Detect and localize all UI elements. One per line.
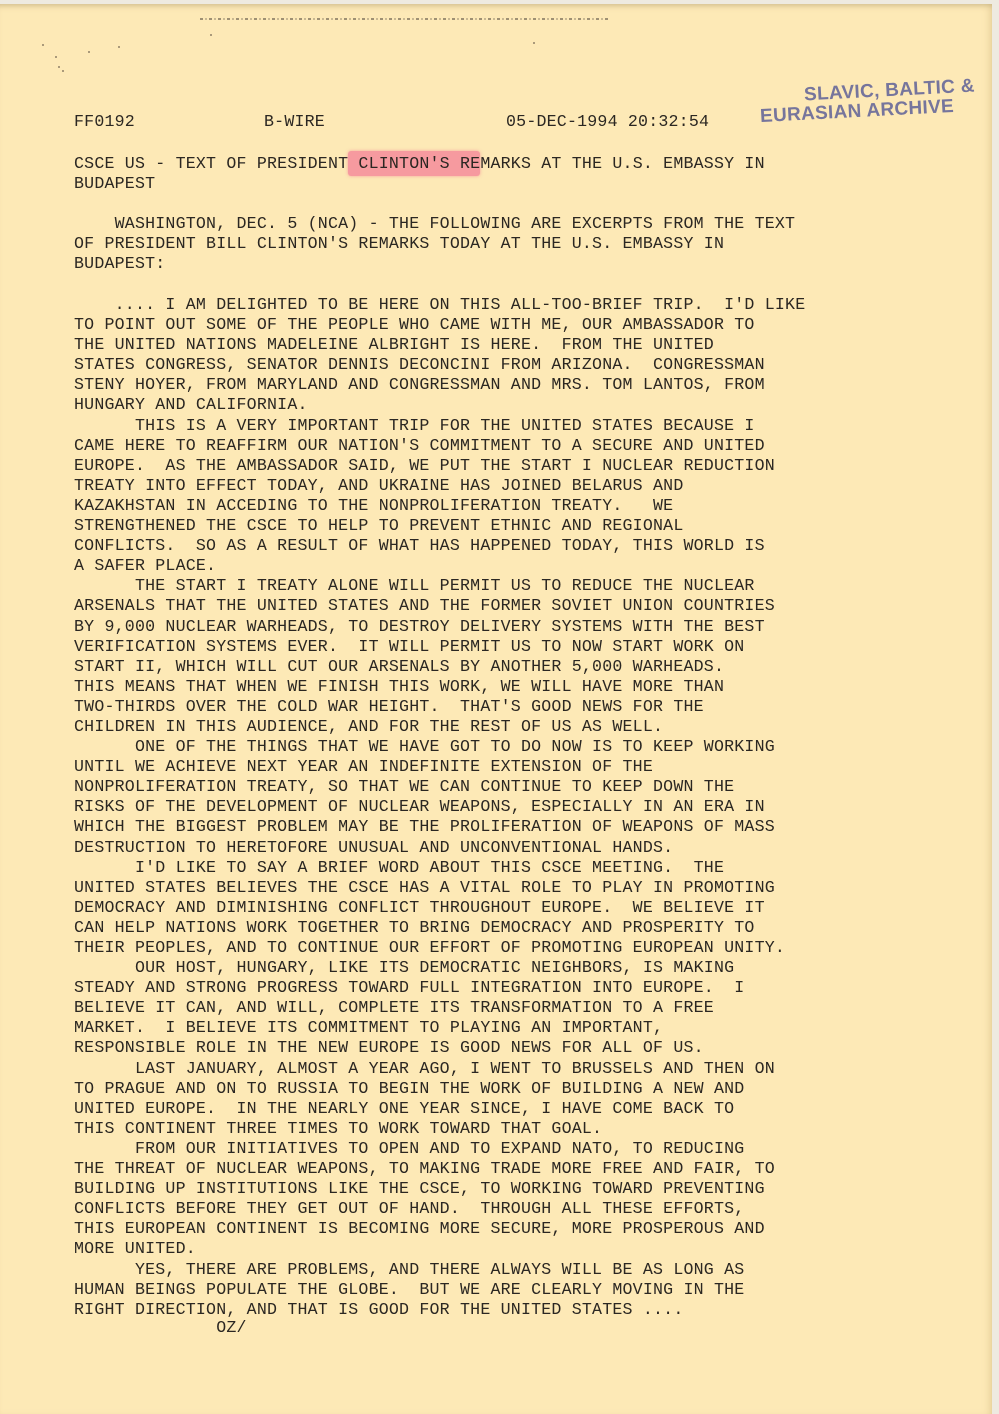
headline: CSCE US - TEXT OF PRESIDENT CLINTON'S RE… bbox=[74, 154, 765, 194]
intro-line: OF PRESIDENT BILL CLINTON'S REMARKS TODA… bbox=[74, 234, 724, 253]
body-line: THIS MEANS THAT WHEN WE FINISH THIS WORK… bbox=[74, 677, 724, 696]
document-id: FF0192 bbox=[74, 112, 135, 132]
body-line: WHICH THE BIGGEST PROBLEM MAY BE THE PRO… bbox=[74, 817, 775, 836]
body-line: STRENGTHENED THE CSCE TO HELP TO PREVENT… bbox=[74, 516, 683, 535]
signoff: OZ/ bbox=[74, 1318, 247, 1338]
body-line: CAN HELP NATIONS WORK TOGETHER TO BRING … bbox=[74, 918, 755, 937]
body-line: MORE UNITED. bbox=[74, 1239, 196, 1258]
body-line: BUILDING UP INSTITUTIONS LIKE THE CSCE, … bbox=[74, 1179, 765, 1198]
body-line: LAST JANUARY, ALMOST A YEAR AGO, I WENT … bbox=[74, 1059, 775, 1078]
body-line: VERIFICATION SYSTEMS EVER. IT WILL PERMI… bbox=[74, 637, 744, 656]
body-line: A SAFER PLACE. bbox=[74, 556, 216, 575]
body-line: OUR HOST, HUNGARY, LIKE ITS DEMOCRATIC N… bbox=[74, 958, 734, 977]
body-line: CONFLICTS. SO AS A RESULT OF WHAT HAS HA… bbox=[74, 536, 765, 555]
body-line: RISKS OF THE DEVELOPMENT OF NUCLEAR WEAP… bbox=[74, 797, 765, 816]
wire-document-page: FF0192 B-WIRE 05-DEC-1994 20:32:54 SLAVI… bbox=[0, 4, 992, 1414]
body-line: UNTIL WE ACHIEVE NEXT YEAR AN INDEFINITE… bbox=[74, 757, 653, 776]
body-line: CAME HERE TO REAFFIRM OUR NATION'S COMMI… bbox=[74, 436, 765, 455]
body-line: UNITED STATES BELIEVES THE CSCE HAS A VI… bbox=[74, 878, 775, 897]
body-line: BELIEVE IT CAN, AND WILL, COMPLETE ITS T… bbox=[74, 998, 714, 1017]
body-line: STENY HOYER, FROM MARYLAND AND CONGRESSM… bbox=[74, 375, 765, 394]
timestamp: 05-DEC-1994 20:32:54 bbox=[506, 112, 709, 132]
speck bbox=[55, 56, 57, 58]
body-line: DEMOCRACY AND DIMINISHING CONFLICT THROU… bbox=[74, 898, 765, 917]
body-line: CONFLICTS BEFORE THEY GET OUT OF HAND. T… bbox=[74, 1199, 744, 1218]
speck bbox=[210, 34, 212, 36]
body-line: ARSENALS THAT THE UNITED STATES AND THE … bbox=[74, 596, 775, 615]
body-line: THIS IS A VERY IMPORTANT TRIP FOR THE UN… bbox=[74, 416, 755, 435]
headline-prefix: CSCE US - TEXT OF PRESIDENT bbox=[74, 154, 348, 173]
speck bbox=[62, 70, 64, 72]
headline-suffix: MARKS AT THE U.S. EMBASSY IN bbox=[480, 154, 764, 173]
body-line: TWO-THIRDS OVER THE COLD WAR HEIGHT. THA… bbox=[74, 697, 704, 716]
body-line: NONPROLIFERATION TREATY, SO THAT WE CAN … bbox=[74, 777, 734, 796]
body-line: RESPONSIBLE ROLE IN THE NEW EUROPE IS GO… bbox=[74, 1038, 704, 1057]
body-line: UNITED EUROPE. IN THE NEARLY ONE YEAR SI… bbox=[74, 1099, 734, 1118]
intro-line: WASHINGTON, DEC. 5 (NCA) - THE FOLLOWING… bbox=[74, 214, 795, 233]
body-line: MARKET. I BELIEVE ITS COMMITMENT TO PLAY… bbox=[74, 1018, 663, 1037]
body-line: THEIR PEOPLES, AND TO CONTINUE OUR EFFOR… bbox=[74, 938, 785, 957]
body-line: THIS EUROPEAN CONTINENT IS BECOMING MORE… bbox=[74, 1219, 765, 1238]
body-line: CHILDREN IN THIS AUDIENCE, AND FOR THE R… bbox=[74, 717, 663, 736]
body-line: THE START I TREATY ALONE WILL PERMIT US … bbox=[74, 576, 755, 595]
remarks-body: .... I AM DELIGHTED TO BE HERE ON THIS A… bbox=[74, 295, 805, 1320]
body-line: BY 9,000 NUCLEAR WARHEADS, TO DESTROY DE… bbox=[74, 617, 765, 636]
body-line: STEADY AND STRONG PROGRESS TOWARD FULL I… bbox=[74, 978, 744, 997]
body-line: I'D LIKE TO SAY A BRIEF WORD ABOUT THIS … bbox=[74, 858, 724, 877]
body-line: TO PRAGUE AND ON TO RUSSIA TO BEGIN THE … bbox=[74, 1079, 744, 1098]
body-line: EUROPE. AS THE AMBASSADOR SAID, WE PUT T… bbox=[74, 456, 775, 475]
headline-line2: BUDAPEST bbox=[74, 174, 155, 193]
body-line: THIS CONTINENT THREE TIMES TO WORK TOWAR… bbox=[74, 1119, 602, 1138]
body-line: STATES CONGRESS, SENATOR DENNIS DECONCIN… bbox=[74, 355, 765, 374]
body-line: FROM OUR INITIATIVES TO OPEN AND TO EXPA… bbox=[74, 1139, 744, 1158]
speck bbox=[42, 44, 44, 46]
speck bbox=[88, 51, 90, 53]
speck bbox=[533, 42, 535, 44]
wire-service: B-WIRE bbox=[264, 112, 325, 132]
body-line: RIGHT DIRECTION, AND THAT IS GOOD FOR TH… bbox=[74, 1300, 683, 1319]
body-line: ONE OF THE THINGS THAT WE HAVE GOT TO DO… bbox=[74, 737, 775, 756]
speck bbox=[58, 66, 60, 68]
body-line: YES, THERE ARE PROBLEMS, AND THERE ALWAY… bbox=[74, 1260, 744, 1279]
body-line: .... I AM DELIGHTED TO BE HERE ON THIS A… bbox=[74, 295, 805, 314]
highlighter-mark: CLINTON'S RE bbox=[348, 151, 480, 176]
body-line: TREATY INTO EFFECT TODAY, AND UKRAINE HA… bbox=[74, 476, 683, 495]
body-line: THE UNITED NATIONS MADELEINE ALBRIGHT IS… bbox=[74, 335, 714, 354]
body-line: START II, WHICH WILL CUT OUR ARSENALS BY… bbox=[74, 657, 724, 676]
body-line: KAZAKHSTAN IN ACCEDING TO THE NONPROLIFE… bbox=[74, 496, 673, 515]
body-line: HUMAN BEINGS POPULATE THE GLOBE. BUT WE … bbox=[74, 1280, 744, 1299]
body-line: DESTRUCTION TO HERETOFORE UNUSUAL AND UN… bbox=[74, 838, 673, 857]
body-line: HUNGARY AND CALIFORNIA. bbox=[74, 395, 308, 414]
archive-stamp-line2: EURASIAN ARCHIVE bbox=[760, 96, 955, 128]
body-line: TO POINT OUT SOME OF THE PEOPLE WHO CAME… bbox=[74, 315, 755, 334]
faint-print-artifact bbox=[200, 18, 610, 20]
intro-line: BUDAPEST: bbox=[74, 254, 165, 273]
intro-paragraph: WASHINGTON, DEC. 5 (NCA) - THE FOLLOWING… bbox=[74, 214, 795, 274]
speck bbox=[118, 46, 120, 48]
body-line: THE THREAT OF NUCLEAR WEAPONS, TO MAKING… bbox=[74, 1159, 775, 1178]
